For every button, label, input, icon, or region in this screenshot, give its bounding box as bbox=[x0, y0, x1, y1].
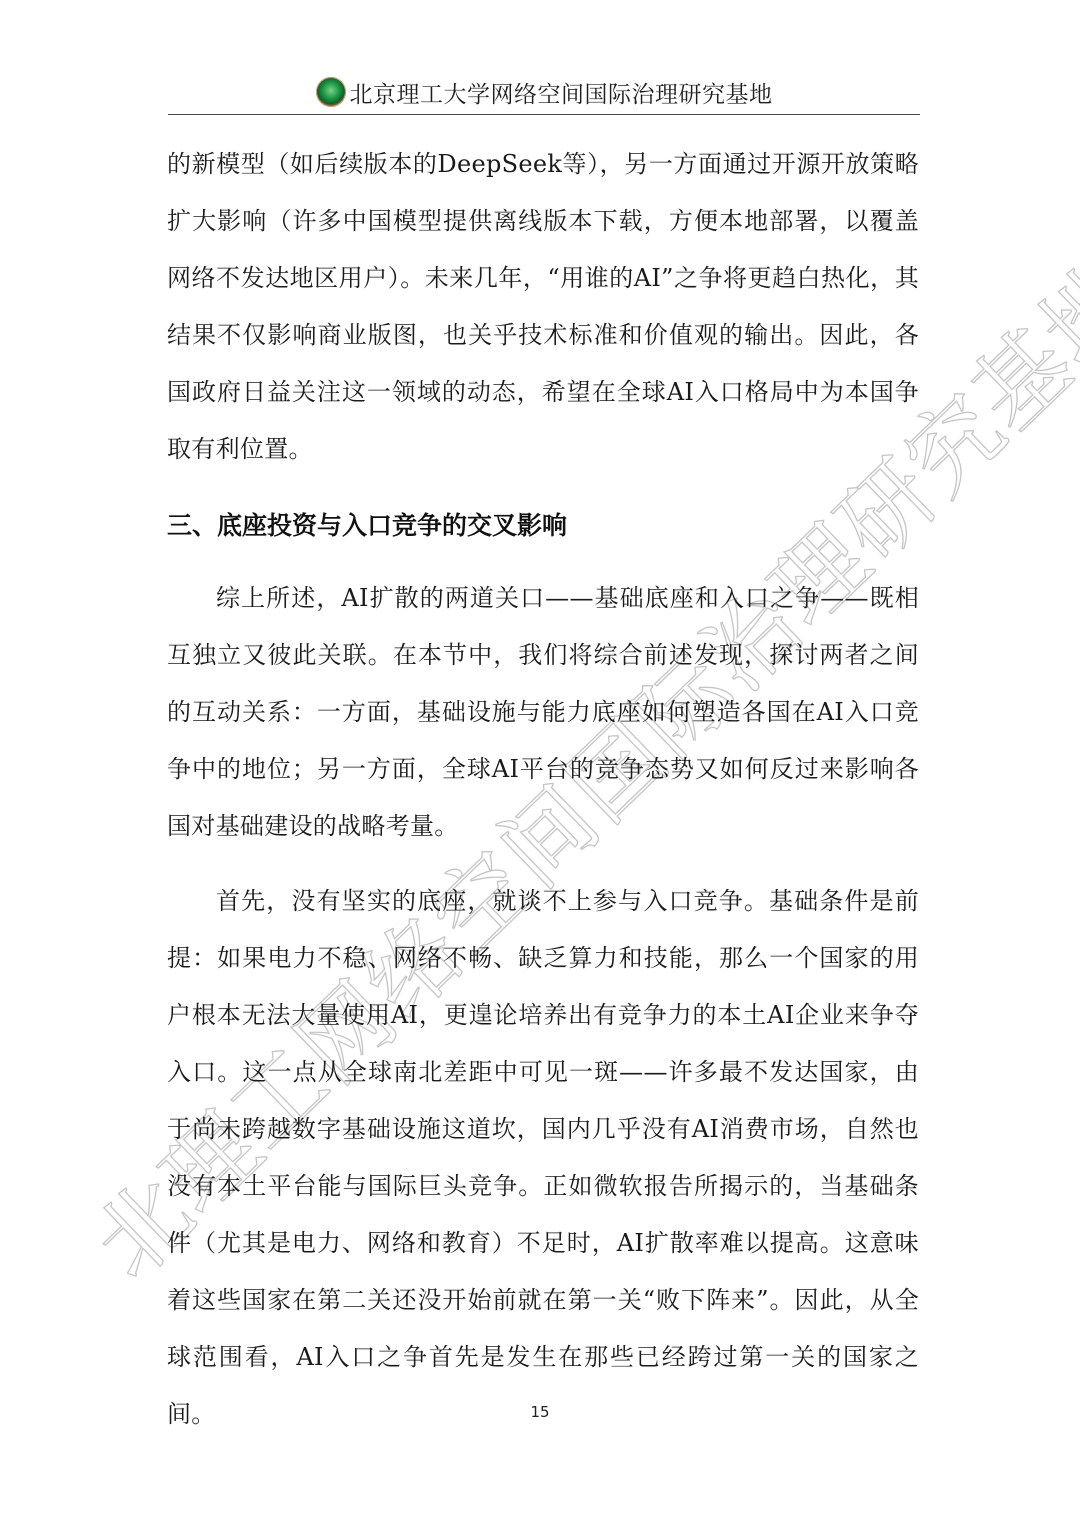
paragraph-foundation: 首先，没有坚实的底座，就谈不上参与入口竞争。基础条件是前提：如果电力不稳、网络不… bbox=[167, 873, 919, 1443]
paragraph-gap bbox=[167, 855, 919, 873]
university-emblem-icon bbox=[316, 77, 346, 107]
paragraph-summary: 综上所述，AI扩散的两道关口——基础底座和入口之争——既相互独立又彼此关联。在本… bbox=[167, 570, 919, 855]
section-heading: 三、底座投资与入口竞争的交叉影响 bbox=[167, 506, 919, 546]
paragraph-continued: 的新模型（如后续版本的DeepSeek等），另一方面通过开源开放策略扩大影响（许… bbox=[167, 136, 919, 478]
page-header: 北京理工大学网络空间国际治理研究基地 bbox=[168, 74, 920, 115]
page-number: 15 bbox=[0, 1403, 1080, 1421]
document-body: 的新模型（如后续版本的DeepSeek等），另一方面通过开源开放策略扩大影响（许… bbox=[167, 136, 919, 1443]
header-title: 北京理工大学网络空间国际治理研究基地 bbox=[350, 76, 773, 109]
header-inner: 北京理工大学网络空间国际治理研究基地 bbox=[316, 76, 773, 109]
